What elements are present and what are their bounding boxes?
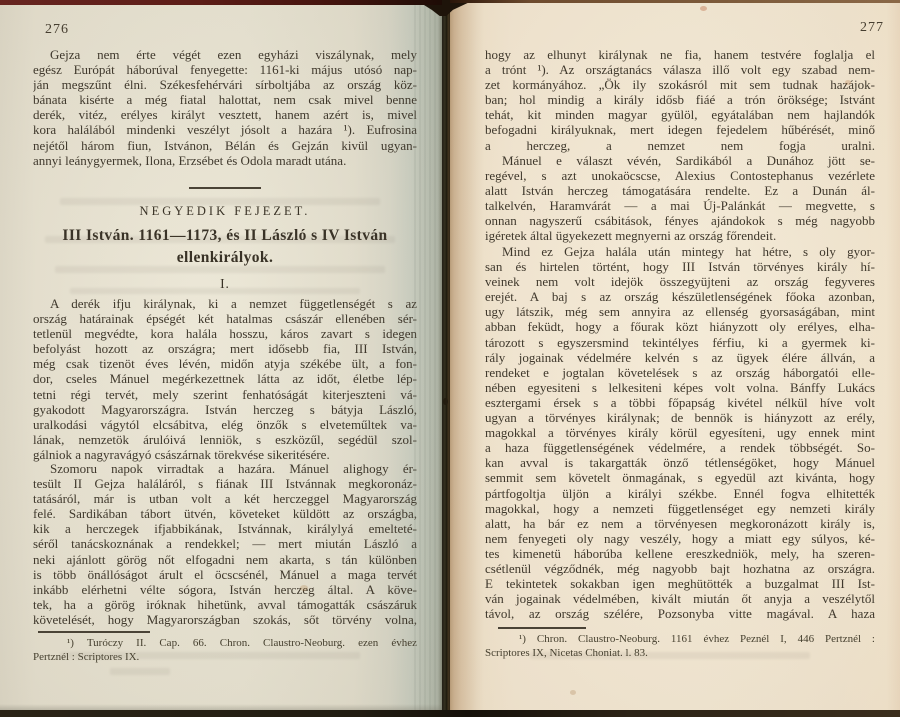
page-number-left: 276	[45, 22, 69, 38]
text-line: is több önállóságot árult el öcscsénél, …	[33, 567, 417, 582]
show-through-smudge	[70, 288, 360, 294]
text-line: gyakodott Magyarországra. István herczeg…	[33, 402, 417, 417]
footnote-rule	[38, 631, 150, 633]
text-line: tetni régi tervét, mely szerint fenhatós…	[33, 387, 417, 402]
text-line: Gejza nem érte végét ezen egyházi viszál…	[33, 47, 417, 62]
text-line: zet kormányához. „Ök ily szokásról mit s…	[485, 77, 875, 92]
text-line: befogadni királyuknak, mert idegen fejed…	[485, 122, 875, 137]
text-line: tehát, kit minden magyar gyülöl, egyátal…	[485, 107, 875, 122]
text-line: tek, ha a görög iróknak hihetünk, avval …	[33, 597, 417, 612]
text-line: ¹) Chron. Claustro-Neoburg. 1161 évhez P…	[485, 633, 875, 647]
text-line: ugyan a törvényes királynak; de bennök i…	[485, 410, 875, 425]
text-line: ¹) Turóczy II. Cap. 66. Chron. Claustro-…	[33, 637, 417, 651]
text-line: kora halálából mindenki veszélyt jósolt …	[33, 122, 417, 137]
show-through-smudge	[55, 266, 385, 273]
text-line: alatt István herczeg támogatására rendel…	[485, 183, 875, 198]
text-line: semmit sem követelt önmagának, s egyedül…	[485, 470, 875, 485]
text-line: abban feküdt, hogy a főurak közt hiányzo…	[485, 319, 875, 334]
text-line: a herczeg, a nemzet nem fogja uralni.	[485, 138, 875, 153]
body-paragraph: Mind ez Gejza halála után mintegy hat hé…	[485, 244, 875, 621]
body-paragraph: Szomoru napok virradtak a hazára. Mánuel…	[33, 461, 417, 627]
text-line: a trónt ¹). Az országtanács válasza illő…	[485, 62, 875, 77]
text-line: magokkal, hogy a nemzeti függetlenséget …	[485, 501, 875, 516]
paper-stain	[700, 6, 707, 11]
show-through-smudge	[530, 652, 810, 659]
paper-stain	[570, 690, 576, 695]
text-line: talkelvén, Haramvárát — a mai Új-Palánká…	[485, 198, 875, 213]
text-line: egész Európát háborúval fenyegette: 1161…	[33, 62, 417, 77]
text-line: tározott s egyszersmind tekintélyes férf…	[485, 335, 875, 350]
text-line: ján megszűnt élni. Székesfehérvári sírbo…	[33, 77, 417, 92]
text-line: nejétől három fiun, Istvánon, Bélán és G…	[33, 138, 417, 153]
text-line: magokkal a törvényes király körül egyesí…	[485, 425, 875, 440]
section-separator-rule	[189, 187, 261, 189]
text-line: séről tanácskoznának a rendekkel; — mert…	[33, 536, 417, 551]
text-line: kan avval is takargatták önző tétlenségö…	[485, 455, 875, 470]
text-line: Szomoru napok virradtak a hazára. Mánuel…	[33, 461, 417, 476]
text-line: ban; hol mindig a király idősb fiáé a tr…	[485, 92, 875, 107]
show-through-smudge	[45, 236, 395, 243]
paper-stain	[300, 585, 308, 591]
text-line: veinek nem volt idejök összegyüjteni az …	[485, 274, 875, 289]
gutter-crease	[438, 0, 454, 717]
text-line: rendeket e jogtalan követelések s az ors…	[485, 365, 875, 380]
text-line: onnan nagyszerű csábitások, fényes ajánd…	[485, 213, 875, 228]
gutter-speck	[443, 398, 448, 405]
show-through-smudge	[60, 652, 360, 659]
text-line: igéretek által ügyekezett megnyerni az o…	[485, 228, 875, 243]
text-line: ugy látszik, még sem annyira az ellenség…	[485, 304, 875, 319]
text-line: tesült II Gejza haláláról, s fiának III …	[33, 476, 417, 491]
footnote: ¹) Turóczy II. Cap. 66. Chron. Claustro-…	[33, 637, 417, 664]
text-line: tes kimenetü háborúba kellene ereszkedni…	[485, 546, 875, 561]
footnote-rule	[498, 627, 586, 629]
text-line: bánata kisérte a még fiatal halottat, ne…	[33, 92, 417, 107]
show-through-smudge	[60, 198, 380, 205]
book-spread: 276 Gejza nem érte végét ezen egyházi vi…	[0, 0, 900, 717]
text-line: a haza függetlenségének védelmére, a ren…	[485, 440, 875, 455]
text-line: neki ajánlott görög nőt elfogadni nem ak…	[33, 552, 417, 567]
text-line: rály jogainak védelmére kelvén s az ügye…	[485, 350, 875, 365]
text-line: gálniok a nagyravágyó császárnak törekvé…	[33, 447, 417, 462]
text-line: inkább elérhetni vélte sógora, István he…	[33, 582, 417, 597]
chapter-title-line2: ellenkirályok.	[33, 249, 417, 267]
show-through-smudge	[110, 668, 170, 675]
text-line: nében egyesiteni s lelkesiteni képes vol…	[485, 380, 875, 395]
text-line: uralkodási vágytól elcsábitva, elég önző…	[33, 417, 417, 432]
left-page: 276 Gejza nem érte végét ezen egyházi vi…	[0, 0, 442, 717]
text-line: még csak tizenöt éves lévén, midőn atyja…	[33, 356, 417, 371]
text-line: tatásáról, már is utban volt a két hercz…	[33, 491, 417, 506]
text-line: felé. Sardikában tábort ütvén, követeket…	[33, 506, 417, 521]
text-line: regével, s azt unokaöcscse, Alexius Cont…	[485, 168, 875, 183]
text-line: ország határainak épségét két hatalmas c…	[33, 311, 417, 326]
text-line: annyi leánygyermek, Ilona, Erzsébet és O…	[33, 153, 417, 168]
page-top-edge	[0, 0, 442, 5]
body-paragraph: A derék ifju királynak, ki a nemzet függ…	[33, 296, 417, 462]
gutter-inner-shadow	[450, 0, 484, 717]
right-page: 277 hogy az elhunyt királynak ne fia, ha…	[450, 0, 900, 717]
text-line: csétlenül végződnék, még nagyobb bajt ho…	[485, 561, 875, 576]
text-line: tetlenül megvédte, kora halála hosszu, k…	[33, 326, 417, 341]
text-line: nem fenyegeti oly nagy veszély, hogy a m…	[485, 531, 875, 546]
text-line: ván jogainak védelmében, kivált miután ő…	[485, 591, 875, 606]
text-line: befolyást hozott az országra; mert időse…	[33, 341, 417, 356]
text-line: dor, cseles Mánuel megérkezettnek látta …	[33, 371, 417, 386]
body-paragraph: hogy az elhunyt királynak ne fia, hanem …	[485, 47, 875, 153]
text-line: san és hirtelen történt, hogy III István…	[485, 259, 875, 274]
text-line: pártfogoltja üljön a királyi székbe. Enn…	[485, 486, 875, 501]
text-line: távol, az ország szélére, Pozsonyba vitt…	[485, 606, 875, 621]
paper-stain	[845, 80, 851, 85]
body-paragraph: Gejza nem érte végét ezen egyházi viszál…	[33, 47, 417, 168]
text-line: követelését, hogy Magyarországban szokás…	[33, 612, 417, 627]
text-line: hogy az elhunyt királynak ne fia, hanem …	[485, 47, 875, 62]
page-bottom-edge	[0, 710, 900, 717]
text-line: erejét. A baj s az ország készületlenség…	[485, 289, 875, 304]
text-line: A derék ifju királynak, ki a nemzet függ…	[33, 296, 417, 311]
body-paragraph: Mánuel e választ vévén, Sardikából a Dun…	[485, 153, 875, 244]
text-line: alatt, ha bár ez nem a törvényesen megko…	[485, 516, 875, 531]
text-line: Mánuel e választ vévén, Sardikából a Dun…	[485, 153, 875, 168]
text-line: kik a herczegek ifjabbikának, Istvánnak,…	[33, 521, 417, 536]
text-line: Mind ez Gejza halála után mintegy hat hé…	[485, 244, 875, 259]
text-line: E tekintetek sokakban igen meghütötték a…	[485, 576, 875, 591]
text-line: derék, vitéz, erélyes királyt vesztett, …	[33, 107, 417, 122]
page-number-right: 277	[860, 20, 884, 36]
text-line: lának, nemzetök árulóivá lenniök, s eszk…	[33, 432, 417, 447]
page-edge-stack	[414, 0, 438, 717]
page-top-edge	[450, 0, 900, 3]
chapter-heading: NEGYEDIK FEJEZET.	[33, 204, 417, 219]
text-line: esztergami érsek s a többi főpapság kivé…	[485, 395, 875, 410]
